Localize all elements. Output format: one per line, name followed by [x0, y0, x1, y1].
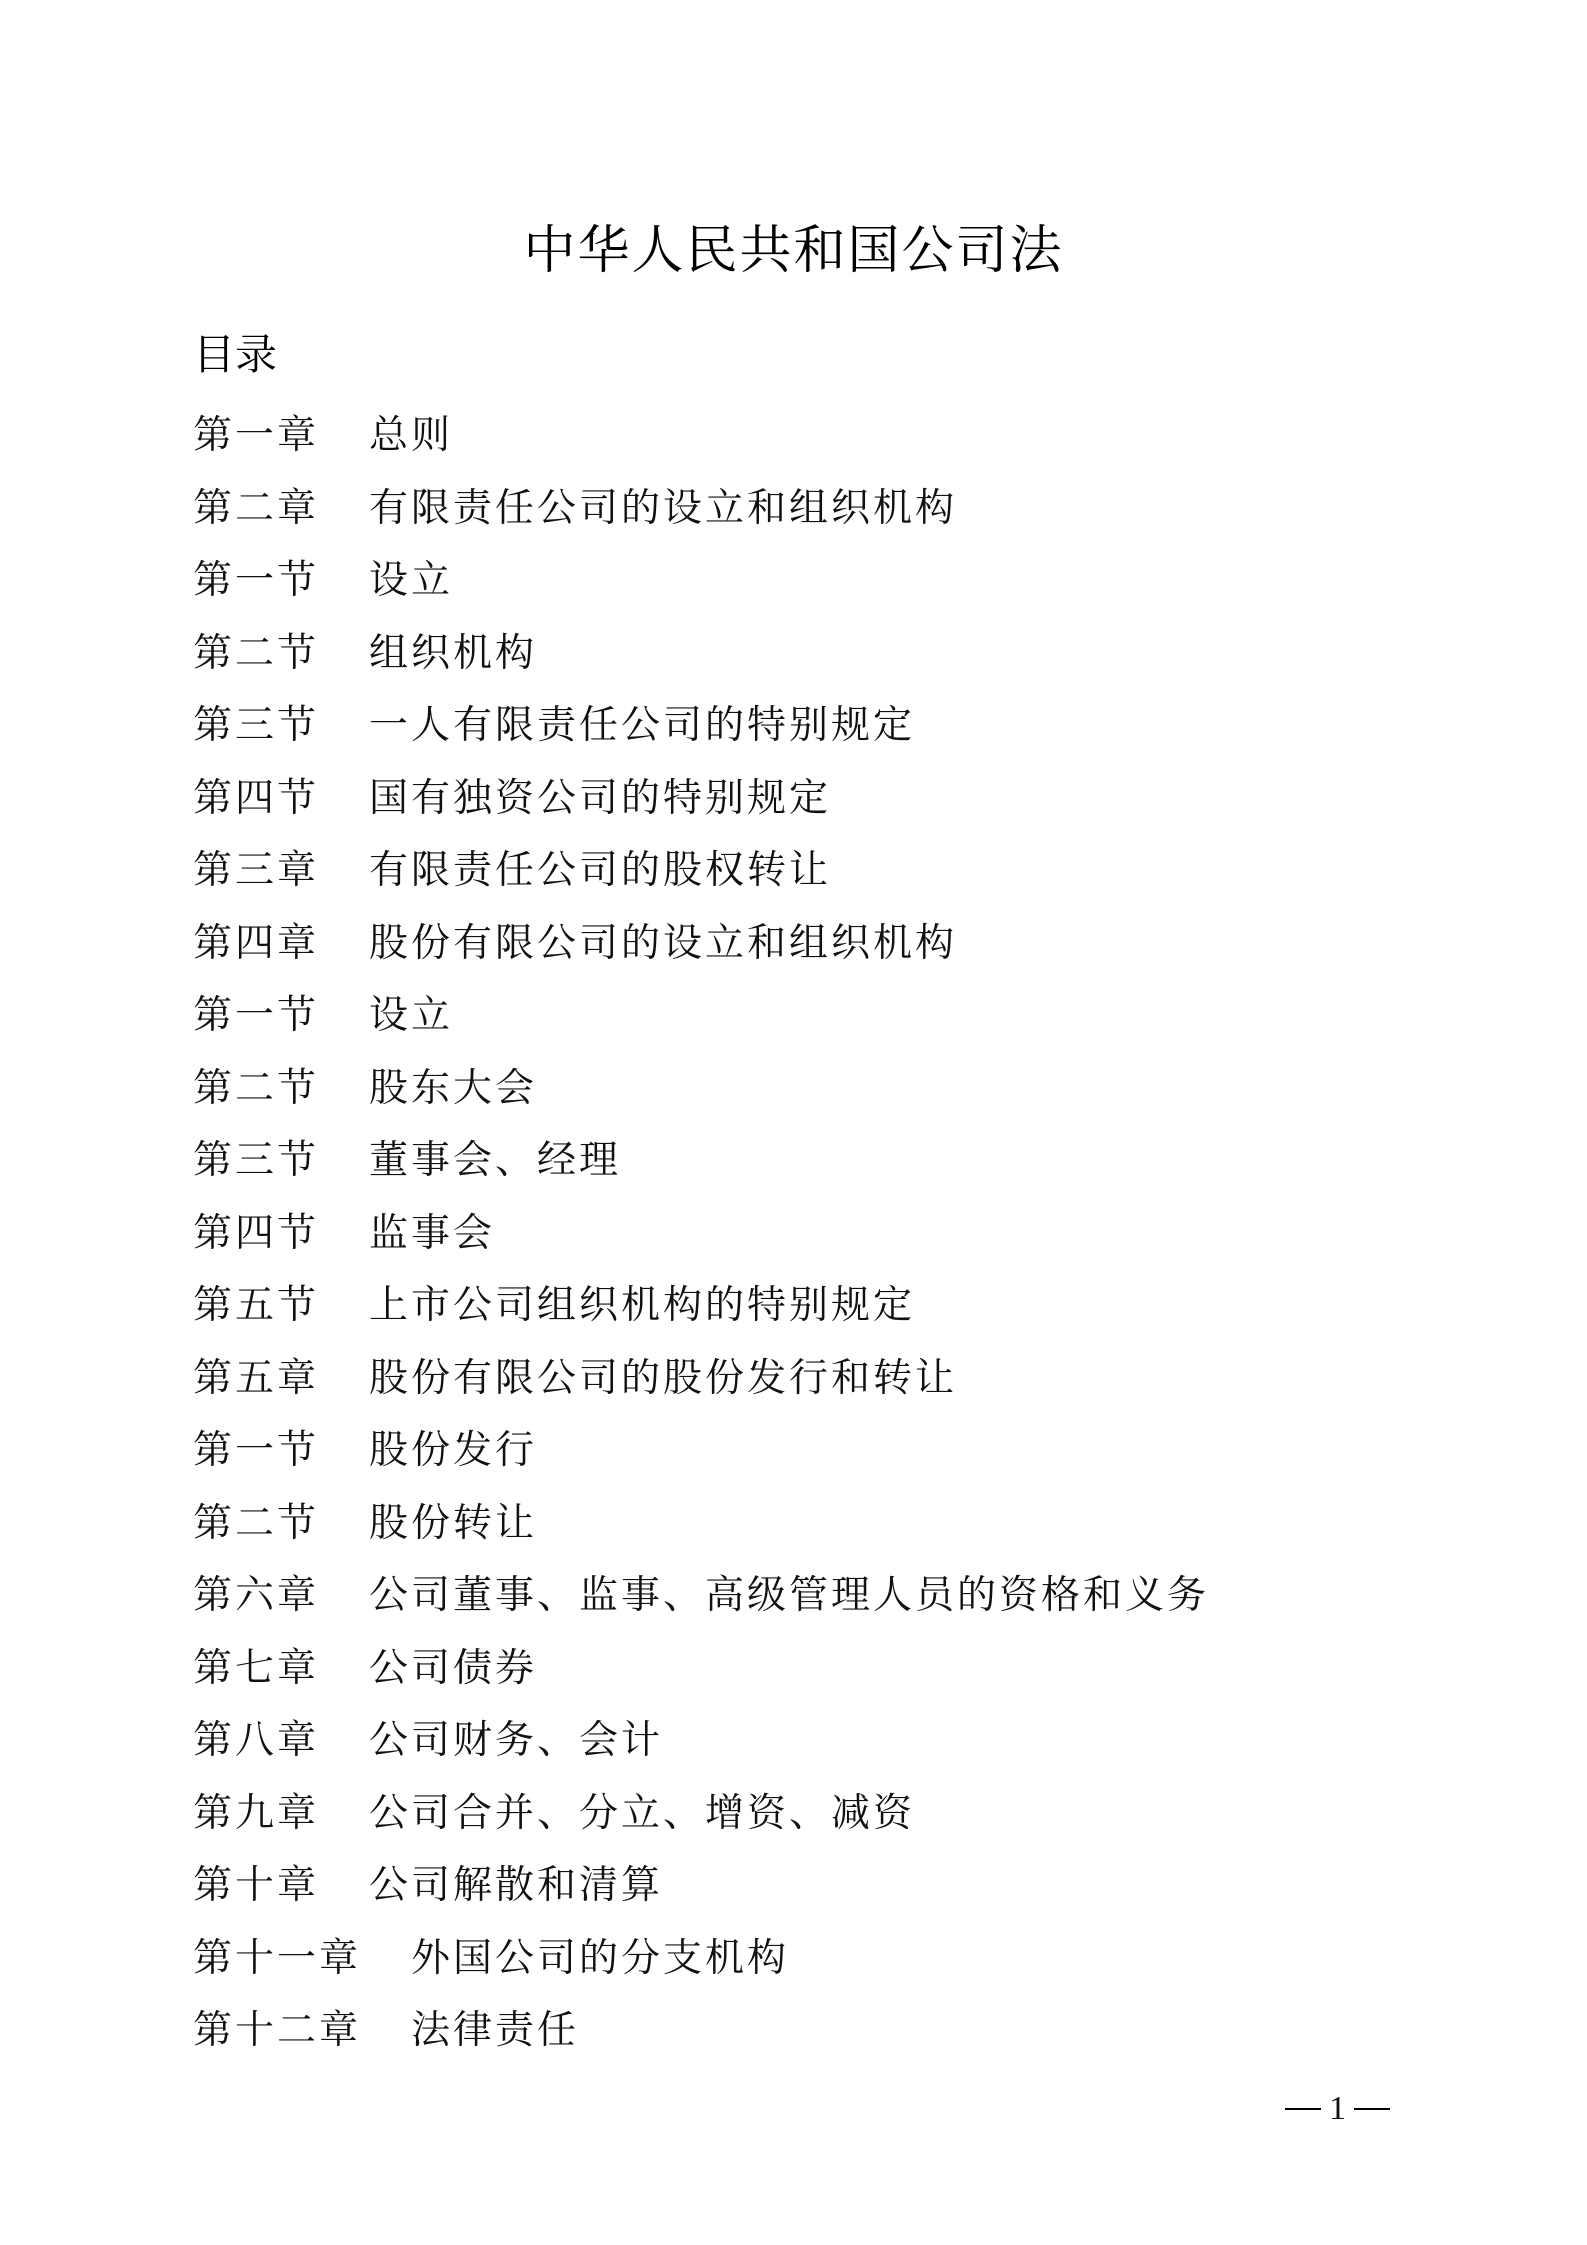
toc-item-label: 第十章 — [193, 1854, 319, 1910]
toc-item: 第七章公司债券 — [193, 1629, 1209, 1702]
toc-item-label: 第十二章 — [193, 1999, 361, 2055]
toc-item-label: 第五节 — [193, 1274, 319, 1330]
toc-item-label: 第四节 — [193, 767, 319, 823]
toc-item: 第二节股份转让 — [193, 1484, 1209, 1557]
table-of-contents: 第一章总则 第二章有限责任公司的设立和组织机构 第一节设立 第二节组织机构 第三… — [193, 396, 1209, 2064]
toc-item-text: 设立 — [369, 984, 453, 1040]
toc-item-label: 第八章 — [193, 1709, 319, 1765]
toc-item: 第二节组织机构 — [193, 614, 1209, 687]
toc-item-text: 股份转让 — [369, 1492, 537, 1548]
toc-item-label: 第六章 — [193, 1564, 319, 1620]
toc-item: 第三节一人有限责任公司的特别规定 — [193, 686, 1209, 759]
toc-item-text: 股份发行 — [369, 1419, 537, 1475]
toc-item-text: 有限责任公司的设立和组织机构 — [369, 477, 957, 533]
toc-item: 第十章公司解散和清算 — [193, 1846, 1209, 1919]
toc-item: 第一节股份发行 — [193, 1411, 1209, 1484]
toc-item: 第二章有限责任公司的设立和组织机构 — [193, 469, 1209, 542]
toc-item-label: 第九章 — [193, 1782, 319, 1838]
document-title: 中华人民共和国公司法 — [0, 208, 1587, 283]
toc-item-label: 第一节 — [193, 984, 319, 1040]
toc-heading: 目录 — [193, 322, 277, 382]
toc-item-label: 第三节 — [193, 1129, 319, 1185]
toc-item-label: 第三章 — [193, 839, 319, 895]
toc-item-label: 第一节 — [193, 1419, 319, 1475]
toc-item-text: 法律责任 — [411, 1999, 579, 2055]
toc-item: 第一章总则 — [193, 396, 1209, 469]
toc-item-text: 监事会 — [369, 1202, 495, 1258]
toc-item-text: 公司解散和清算 — [369, 1854, 663, 1910]
toc-item: 第五章股份有限公司的股份发行和转让 — [193, 1339, 1209, 1412]
page-number: 1 — [1285, 2090, 1390, 2128]
toc-item-label: 第二节 — [193, 622, 319, 678]
page-number-value: 1 — [1329, 2090, 1346, 2128]
toc-item-label: 第三节 — [193, 694, 319, 750]
toc-item-label: 第二节 — [193, 1492, 319, 1548]
toc-item-label: 第一节 — [193, 549, 319, 605]
toc-item: 第十二章法律责任 — [193, 1991, 1209, 2064]
toc-item-label: 第四章 — [193, 912, 319, 968]
toc-item-text: 股东大会 — [369, 1057, 537, 1113]
page-dash-left — [1285, 2108, 1321, 2110]
toc-item-text: 国有独资公司的特别规定 — [369, 767, 831, 823]
toc-item: 第九章公司合并、分立、增资、减资 — [193, 1774, 1209, 1847]
toc-item-label: 第二章 — [193, 477, 319, 533]
toc-item-text: 上市公司组织机构的特别规定 — [369, 1274, 915, 1330]
toc-item-label: 第十一章 — [193, 1927, 361, 1983]
toc-item: 第四章股份有限公司的设立和组织机构 — [193, 904, 1209, 977]
toc-item: 第三章有限责任公司的股权转让 — [193, 831, 1209, 904]
page-dash-right — [1354, 2108, 1390, 2110]
toc-item-label: 第七章 — [193, 1637, 319, 1693]
toc-item: 第六章公司董事、监事、高级管理人员的资格和义务 — [193, 1556, 1209, 1629]
toc-item-text: 董事会、经理 — [369, 1129, 621, 1185]
toc-item-text: 公司债券 — [369, 1637, 537, 1693]
toc-item: 第五节上市公司组织机构的特别规定 — [193, 1266, 1209, 1339]
toc-item: 第十一章外国公司的分支机构 — [193, 1919, 1209, 1992]
toc-item-text: 股份有限公司的股份发行和转让 — [369, 1347, 957, 1403]
toc-item-text: 一人有限责任公司的特别规定 — [369, 694, 915, 750]
toc-item-text: 公司董事、监事、高级管理人员的资格和义务 — [369, 1564, 1209, 1620]
toc-item-text: 总则 — [369, 404, 453, 460]
toc-item-label: 第四节 — [193, 1202, 319, 1258]
toc-item: 第八章公司财务、会计 — [193, 1701, 1209, 1774]
toc-item-text: 有限责任公司的股权转让 — [369, 839, 831, 895]
toc-item-text: 组织机构 — [369, 622, 537, 678]
toc-item: 第一节设立 — [193, 541, 1209, 614]
toc-item-label: 第二节 — [193, 1057, 319, 1113]
toc-item-label: 第一章 — [193, 404, 319, 460]
toc-item: 第四节国有独资公司的特别规定 — [193, 759, 1209, 832]
toc-item: 第一节设立 — [193, 976, 1209, 1049]
toc-item: 第四节监事会 — [193, 1194, 1209, 1267]
toc-item-text: 公司财务、会计 — [369, 1709, 663, 1765]
toc-item: 第二节股东大会 — [193, 1049, 1209, 1122]
toc-item-text: 股份有限公司的设立和组织机构 — [369, 912, 957, 968]
toc-item-text: 公司合并、分立、增资、减资 — [369, 1782, 915, 1838]
toc-item-text: 外国公司的分支机构 — [411, 1927, 789, 1983]
toc-item: 第三节董事会、经理 — [193, 1121, 1209, 1194]
toc-item-text: 设立 — [369, 549, 453, 605]
toc-item-label: 第五章 — [193, 1347, 319, 1403]
